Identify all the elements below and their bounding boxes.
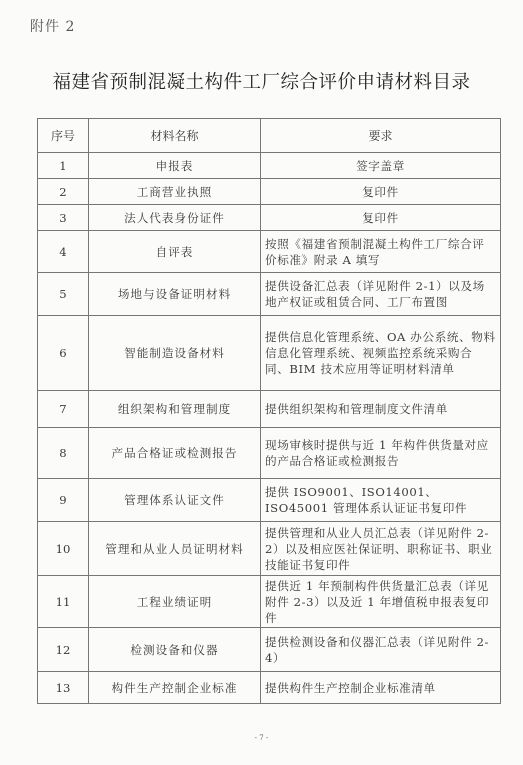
row-number: 10 xyxy=(38,522,89,576)
material-name: 管理体系认证文件 xyxy=(89,479,261,522)
row-number: 1 xyxy=(38,153,89,179)
table-row: 7组织架构和管理制度提供组织架构和管理制度文件清单 xyxy=(38,391,501,428)
table-row: 13构件生产控制企业标准提供构件生产控制企业标准清单 xyxy=(38,672,501,704)
page-number: - 7 - xyxy=(0,734,523,742)
requirement: 复印件 xyxy=(261,205,501,231)
row-number: 12 xyxy=(38,628,89,672)
requirement: 提供信息化管理系统、OA 办公系统、物料信息化管理系统、视频监控系统采购合同、B… xyxy=(261,316,501,391)
table-row: 6智能制造设备材料提供信息化管理系统、OA 办公系统、物料信息化管理系统、视频监… xyxy=(38,316,501,391)
requirement: 提供构件生产控制企业标准清单 xyxy=(261,672,501,704)
table-header-row: 序号 材料名称 要求 xyxy=(38,119,501,153)
header-requirement: 要求 xyxy=(261,119,501,153)
requirement: 现场审核时提供与近 1 年构件供货量对应的产品合格证或检测报告 xyxy=(261,428,501,479)
material-name: 申报表 xyxy=(89,153,261,179)
material-name: 智能制造设备材料 xyxy=(89,316,261,391)
row-number: 2 xyxy=(38,179,89,205)
requirement: 提供近 1 年预制构件供货量汇总表（详见附件 2-3）以及近 1 年增值税申报表… xyxy=(261,576,501,628)
row-number: 4 xyxy=(38,231,89,273)
row-number: 7 xyxy=(38,391,89,428)
requirement: 提供检测设备和仪器汇总表（详见附件 2-4） xyxy=(261,628,501,672)
row-number: 13 xyxy=(38,672,89,704)
material-name: 检测设备和仪器 xyxy=(89,628,261,672)
material-name: 管理和从业人员证明材料 xyxy=(89,522,261,576)
materials-table: 序号 材料名称 要求 1申报表签字盖章2工商营业执照复印件3法人代表身份证件复印… xyxy=(37,118,501,704)
requirement: 提供 ISO9001、ISO14001、ISO45001 管理体系认证证书复印件 xyxy=(261,479,501,522)
table-row: 4自评表按照《福建省预制混凝土构件工厂综合评价标准》附录 A 填写 xyxy=(38,231,501,273)
requirement: 按照《福建省预制混凝土构件工厂综合评价标准》附录 A 填写 xyxy=(261,231,501,273)
row-number: 3 xyxy=(38,205,89,231)
table-row: 9管理体系认证文件提供 ISO9001、ISO14001、ISO45001 管理… xyxy=(38,479,501,522)
material-name: 产品合格证或检测报告 xyxy=(89,428,261,479)
table-row: 3法人代表身份证件复印件 xyxy=(38,205,501,231)
requirement: 复印件 xyxy=(261,179,501,205)
row-number: 5 xyxy=(38,273,89,316)
table-row: 5场地与设备证明材料提供设备汇总表（详见附件 2-1）以及场地产权证或租赁合同、… xyxy=(38,273,501,316)
material-name: 工商营业执照 xyxy=(89,179,261,205)
row-number: 11 xyxy=(38,576,89,628)
table-row: 12检测设备和仪器提供检测设备和仪器汇总表（详见附件 2-4） xyxy=(38,628,501,672)
requirement: 提供设备汇总表（详见附件 2-1）以及场地产权证或租赁合同、工厂布置图 xyxy=(261,273,501,316)
material-name: 场地与设备证明材料 xyxy=(89,273,261,316)
material-name: 构件生产控制企业标准 xyxy=(89,672,261,704)
header-no: 序号 xyxy=(38,119,89,153)
table-row: 11工程业绩证明提供近 1 年预制构件供货量汇总表（详见附件 2-3）以及近 1… xyxy=(38,576,501,628)
requirement: 提供管理和从业人员汇总表（详见附件 2-2）以及相应医社保证明、职称证书、职业技… xyxy=(261,522,501,576)
material-name: 法人代表身份证件 xyxy=(89,205,261,231)
table-row: 8产品合格证或检测报告现场审核时提供与近 1 年构件供货量对应的产品合格证或检测… xyxy=(38,428,501,479)
document-title: 福建省预制混凝土构件工厂综合评价申请材料目录 xyxy=(0,68,523,94)
attachment-label: 附件 2 xyxy=(30,16,75,36)
material-name: 自评表 xyxy=(89,231,261,273)
table-row: 10管理和从业人员证明材料提供管理和从业人员汇总表（详见附件 2-2）以及相应医… xyxy=(38,522,501,576)
table-row: 1申报表签字盖章 xyxy=(38,153,501,179)
row-number: 9 xyxy=(38,479,89,522)
requirement: 签字盖章 xyxy=(261,153,501,179)
row-number: 6 xyxy=(38,316,89,391)
table-row: 2工商营业执照复印件 xyxy=(38,179,501,205)
header-name: 材料名称 xyxy=(89,119,261,153)
row-number: 8 xyxy=(38,428,89,479)
material-name: 组织架构和管理制度 xyxy=(89,391,261,428)
material-name: 工程业绩证明 xyxy=(89,576,261,628)
requirement: 提供组织架构和管理制度文件清单 xyxy=(261,391,501,428)
